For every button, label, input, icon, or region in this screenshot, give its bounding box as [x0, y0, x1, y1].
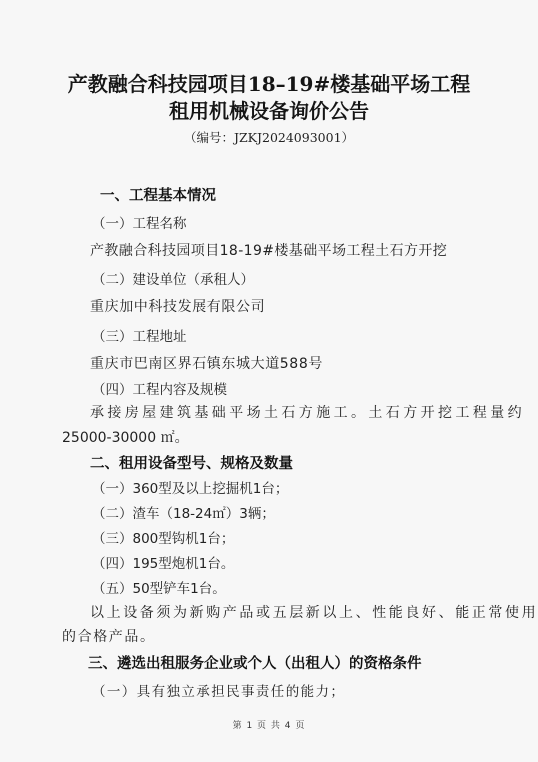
- equipment-note-line2: 的合格产品。: [62, 626, 156, 646]
- equipment-item-2: （二）渣车（18-24㎡）3辆；: [92, 502, 275, 522]
- document-number: （编号：JZKJ2024093001）: [0, 128, 538, 146]
- document-title-line2: 租用机械设备询价公告: [0, 95, 538, 124]
- equipment-item-4: （四）195型炮机1台。: [92, 552, 234, 572]
- section-1-sub4-heading: （四）工程内容及规模: [92, 378, 227, 398]
- page-footer: 第 1 页 共 4 页: [0, 718, 538, 731]
- section-1-sub4-text-line1: 承接房屋建筑基础平场土石方施工。土石方开挖工程量约: [90, 402, 525, 422]
- qualification-item-1: （一）具有独立承担民事责任的能力；: [92, 680, 345, 700]
- section-1-sub1-text: 产教融合科技园项目18-19#楼基础平场工程土石方开挖: [90, 240, 447, 260]
- document-page: 产教融合科技园项目18–19#楼基础平场工程 租用机械设备询价公告 （编号：JZ…: [0, 0, 538, 762]
- section-1-sub3-heading: （三）工程地址: [92, 325, 187, 345]
- equipment-item-3: （三）800型钩机1台；: [92, 527, 234, 547]
- section-1-heading: 一、工程基本情况: [100, 184, 216, 205]
- section-1-sub2-text: 重庆加中科技发展有限公司: [90, 296, 265, 316]
- section-3-heading: 三、遴选出租服务企业或个人（出租人）的资格条件: [88, 652, 422, 673]
- section-2-heading: 二、租用设备型号、规格及数量: [90, 452, 293, 473]
- equipment-item-1: （一）360型及以上挖掘机1台；: [92, 477, 288, 497]
- equipment-note-line1: 以上设备须为新购产品或五层新以上、性能良好、能正常使用: [90, 602, 538, 622]
- section-1-sub2-heading: （二）建设单位（承租人）: [92, 268, 254, 288]
- section-1-sub1-heading: （一）工程名称: [92, 212, 187, 232]
- document-title-line1: 产教融合科技园项目18–19#楼基础平场工程: [0, 68, 538, 97]
- equipment-item-5: （五）50型铲车1台。: [92, 577, 226, 597]
- section-1-sub4-text-line2: 25000-30000 ㎡。: [62, 427, 189, 447]
- section-1-sub3-text: 重庆市巴南区界石镇东城大道588号: [90, 353, 323, 373]
